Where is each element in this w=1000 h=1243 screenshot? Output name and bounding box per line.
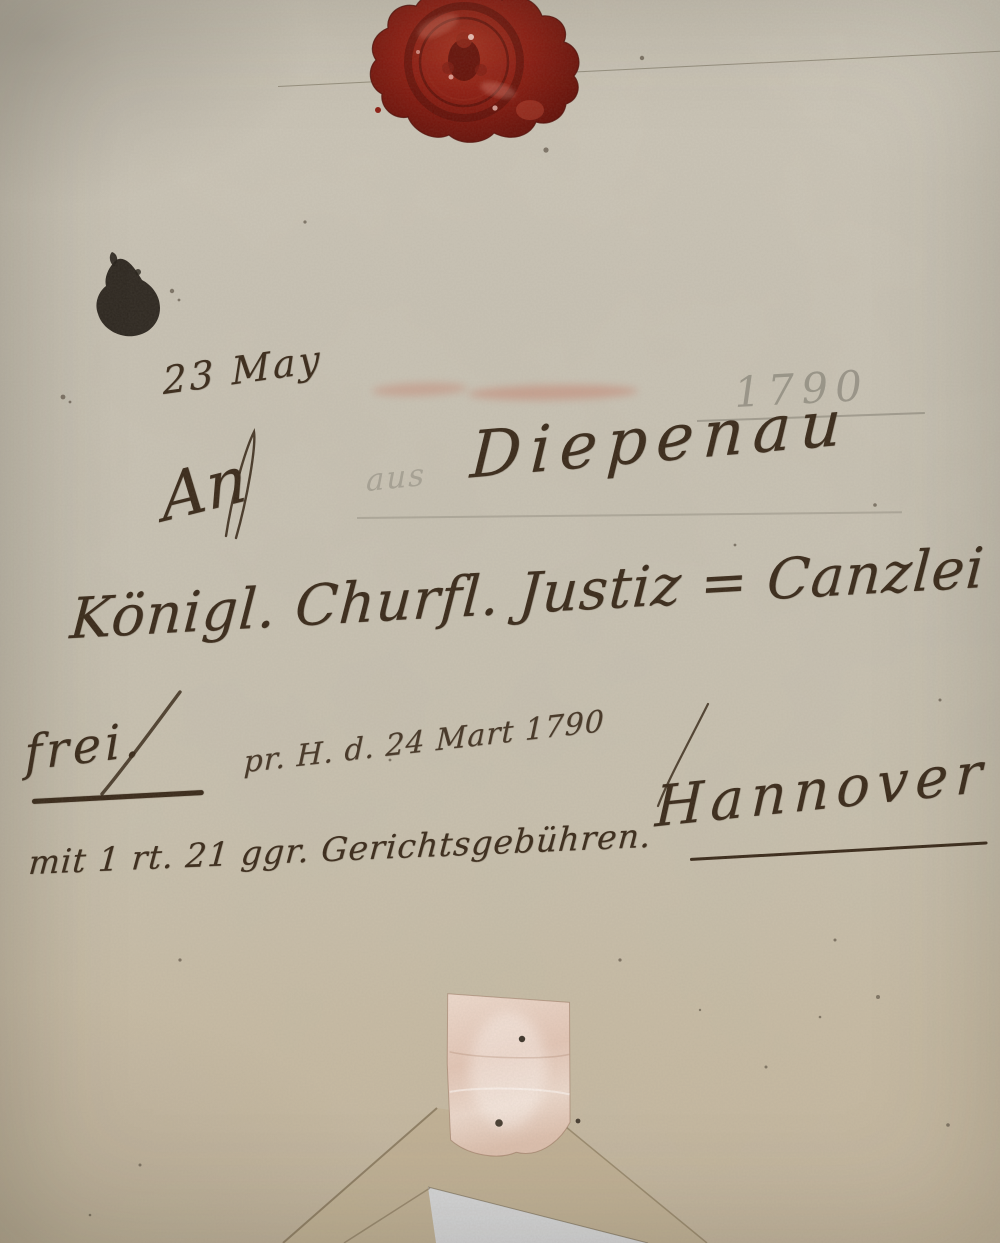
postage-note: frei. — [24, 715, 144, 778]
speck — [495, 1119, 503, 1127]
photographed-document-page: 23 May 1790 aus Diepenau An Königl. Chur… — [0, 0, 1000, 1243]
speck — [576, 1119, 581, 1124]
speck — [519, 1036, 525, 1042]
wax-crumb — [375, 107, 381, 113]
origin-prefix-pencil: aus — [366, 460, 426, 497]
tape-strip — [444, 994, 572, 1158]
envelope-fold-area — [0, 975, 1000, 1243]
wax-seal-icon — [352, 0, 587, 148]
ink-blot — [78, 248, 178, 348]
salutation: An — [158, 447, 250, 532]
